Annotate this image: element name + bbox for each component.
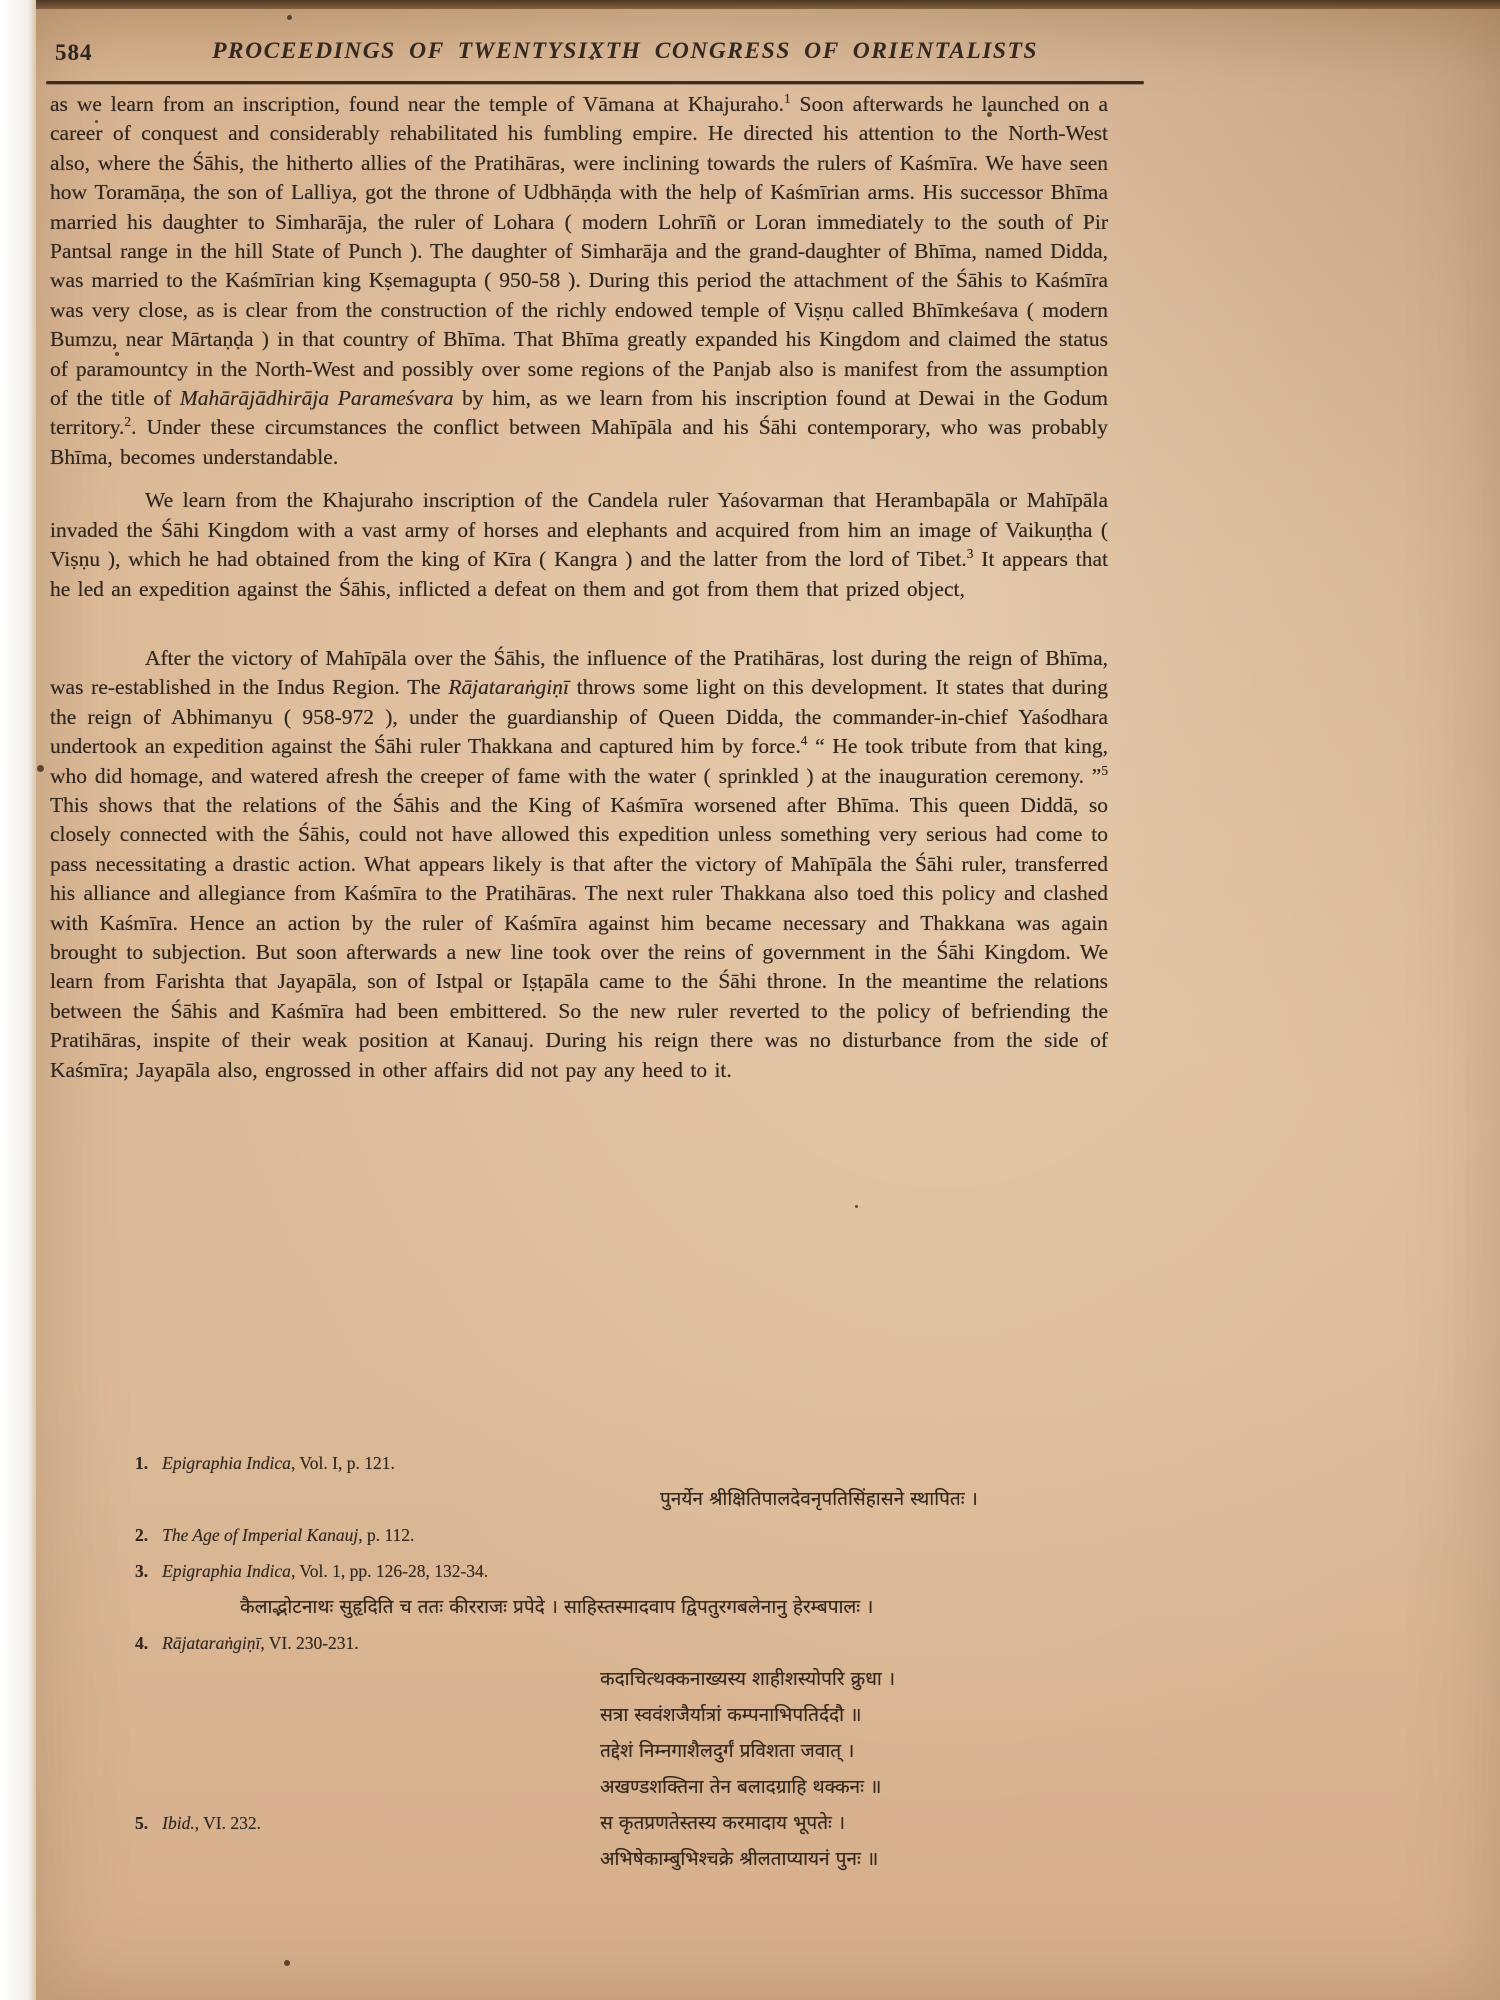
sanskrit-verse: कैलाद्भोटनाथः सुहृदिति च ततः कीरराजः प्र… [240,1596,873,1618]
header-rule [46,81,1144,84]
footnote-reference: 2.The Age of Imperial Kanauj, p. 112. [50,1517,1120,1553]
footnote-reference: 3.Epigraphia Indica, Vol. 1, pp. 126-28,… [50,1553,1120,1589]
sanskrit-verse: अभिषेकाम्बुभिश्चक्रे श्रीलताप्यायनं पुनः… [600,1848,878,1870]
footnote-number: 2. [135,1517,148,1553]
footnote-text: The Age of Imperial Kanauj [162,1525,358,1545]
footnote-verse-line: कदाचित्थक्कनाख्यस्य शाहीशस्योपरि क्रुधा … [600,1661,1120,1697]
footnote-number: 3. [135,1553,148,1589]
paragraph: as we learn from an inscription, found n… [50,90,1108,472]
footnote-verse-line: अखण्डशक्तिना तेन बलादग्राहि थक्कनः ॥ [600,1769,1120,1805]
paragraph: After the victory of Mahīpāla over the Ś… [50,644,1108,1085]
sanskrit-verse: अखण्डशक्तिना तेन बलादग्राहि थक्कनः ॥ [600,1776,881,1798]
footnote-text: , Vol. I, p. 121. [291,1453,395,1473]
footnote-verse-line: अभिषेकाम्बुभिश्चक्रे श्रीलताप्यायनं पुनः… [600,1841,1120,1877]
paper-speckle [287,15,292,20]
footnote-number: 5. [135,1805,148,1841]
text-segment: as we learn from an inscription, found n… [50,92,784,116]
scan-top-shadow [28,0,1500,9]
footnote-number: 4. [135,1625,148,1661]
footnote-verse-line: तद्देशं निम्नगाशैलदुर्गं प्रविशता जवात् … [600,1733,1120,1769]
footnote-verse-line: सत्रा स्ववंशजैर्यात्रां कम्पनाभिपतिर्ददौ… [600,1697,1120,1733]
footnote-verse-line: पुनर्येन श्रीक्षितिपालदेवनृपतिसिंहासने स… [660,1481,1120,1517]
footnote-text: VI. 232. [199,1813,261,1833]
text-segment: We learn from the Khajuraho inscription … [50,488,1108,571]
footnote-number: 1. [135,1445,148,1481]
footnote-marker: 1 [784,91,791,106]
paragraph: We learn from the Khajuraho inscription … [50,486,1108,604]
text-segment: Rājataraṅgiṇī [448,675,569,699]
paper-speckle [37,765,44,772]
sanskrit-verse: तद्देशं निम्नगाशैलदुर्गं प्रविशता जवात् … [600,1740,854,1762]
sanskrit-verse: स कृतप्रणतेस्तस्य करमादाय भूपतेः । [600,1805,845,1841]
sanskrit-verse: सत्रा स्ववंशजैर्यात्रां कम्पनाभिपतिर्ददौ… [600,1704,861,1726]
footnote-text: Epigraphia Indica [162,1453,291,1473]
scanned-book-page: { "page": { "number": "584", "header_tit… [0,0,1500,2000]
footnote-reference: 5.Ibid., VI. 232.स कृतप्रणतेस्तस्य करमाद… [50,1805,1120,1841]
footnote-reference: 1.Epigraphia Indica, Vol. I, p. 121. [50,1445,1120,1481]
running-header-title: PROCEEDINGS OF TWENTYSIXTH CONGRESS OF O… [150,38,1100,65]
page-number: 584 [55,40,93,66]
text-segment: . Under these circumstances the conflict… [50,415,1108,468]
text-segment: This shows that the relations of the Śāh… [50,793,1108,1082]
footnote-reference: 4.Rājataraṅgiṇī, VI. 230-231. [50,1625,1120,1661]
text-segment: Soon afterwards he launched on a career … [50,92,1108,410]
footnote-verse-line: कैलाद्भोटनाथः सुहृदिति च ततः कीरराजः प्र… [240,1589,1120,1625]
footnotes: 1.Epigraphia Indica, Vol. I, p. 121.पुनर… [50,1445,1120,1877]
sanskrit-verse: कदाचित्थक्कनाख्यस्य शाहीशस्योपरि क्रुधा … [600,1668,895,1690]
footnote-text: , Vol. 1, pp. 126-28, 132-34. [291,1561,488,1581]
footnote-text: Epigraphia Indica [162,1561,291,1581]
scan-left-margin [0,0,36,2000]
footnote-text: , p. 112. [358,1525,414,1545]
sanskrit-verse: पुनर्येन श्रीक्षितिपालदेवनृपतिसिंहासने स… [660,1488,978,1510]
footnote-text: Rājataraṅgiṇī [162,1633,260,1653]
body-text: as we learn from an inscription, found n… [50,90,1108,1085]
footnote-text: , VI. 230-231. [260,1633,358,1653]
footnote-text: Ibid., [162,1813,199,1833]
paper-speckle [855,1205,858,1208]
paper-speckle [284,1960,290,1966]
footnote-marker: 5 [1101,762,1108,777]
text-segment: Mahārājādhirāja Parameśvara [180,386,454,410]
